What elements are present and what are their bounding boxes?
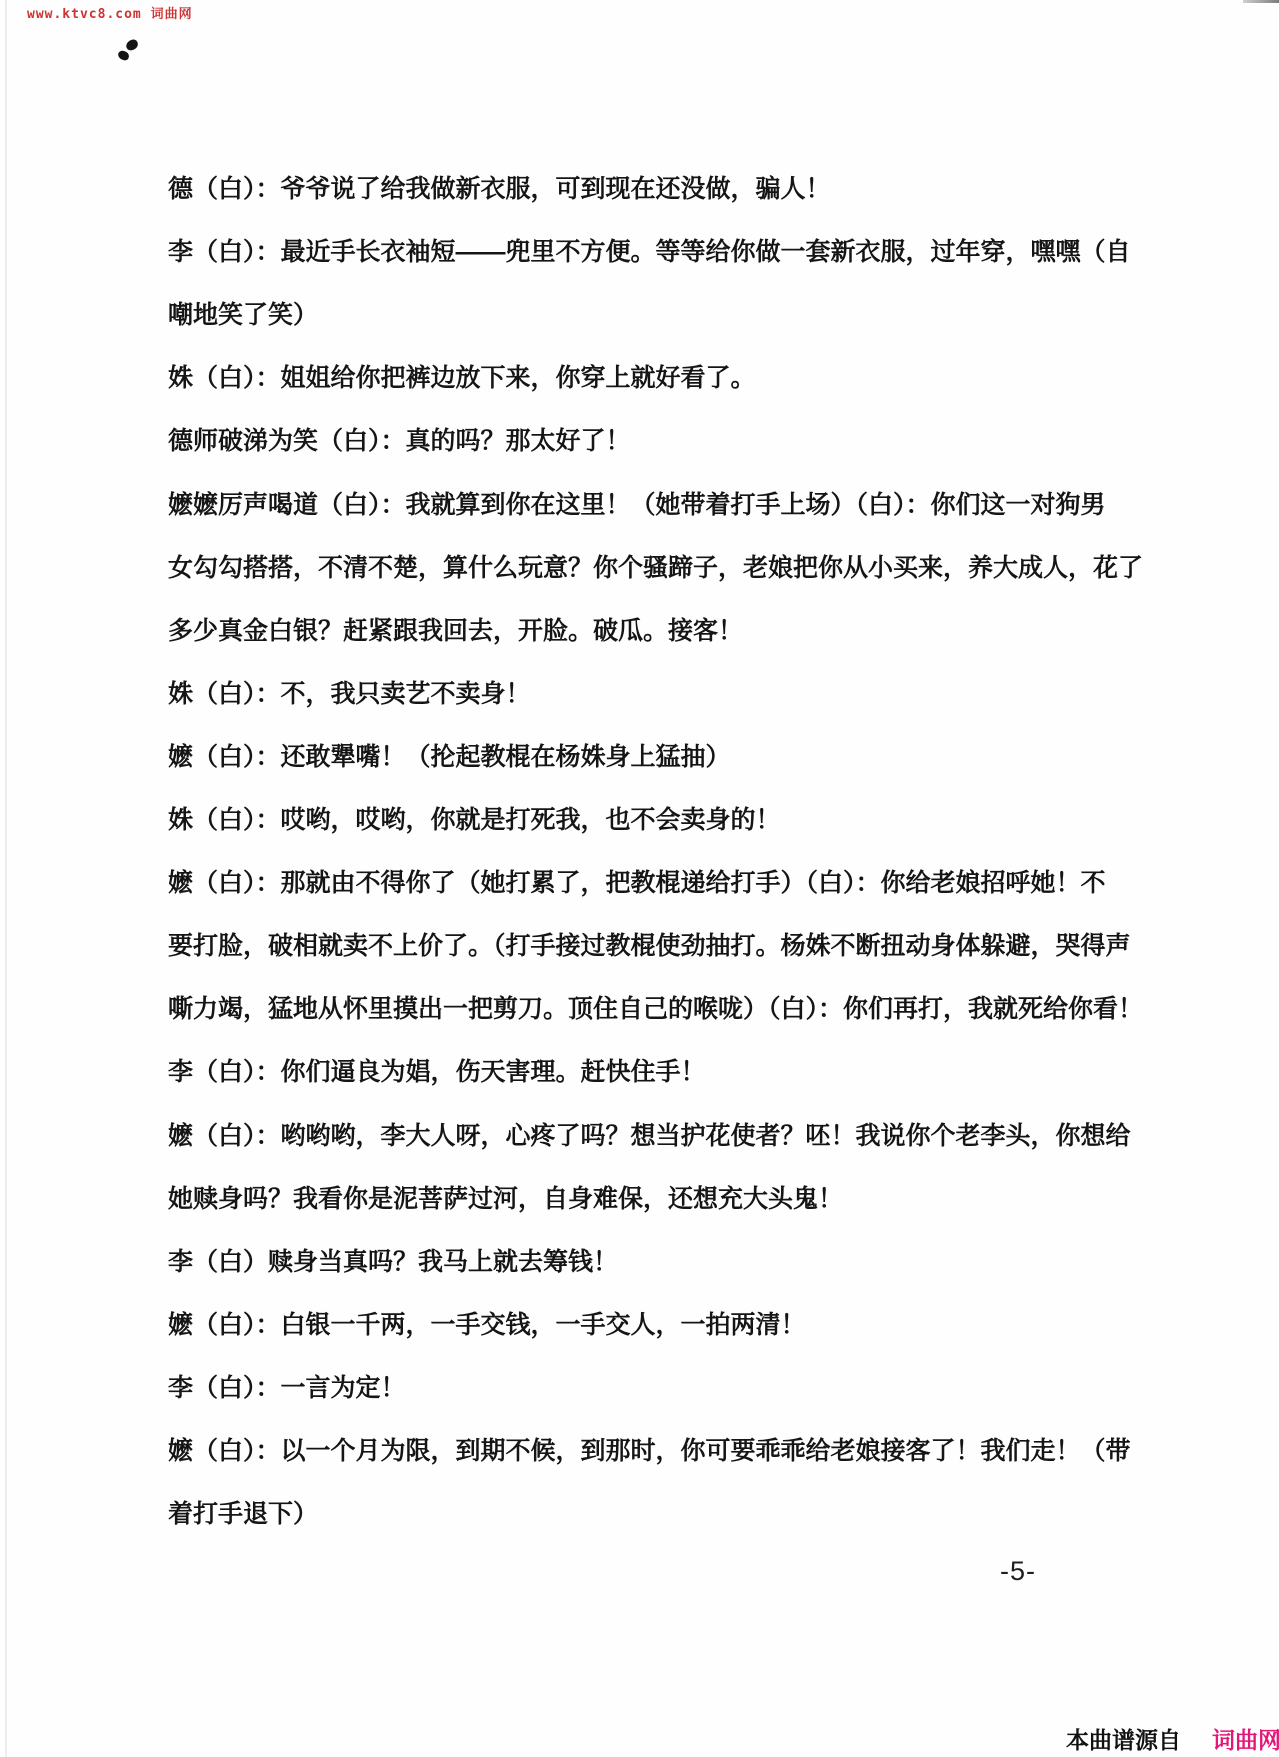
footer-site-name: 词曲网 (1212, 1722, 1279, 1755)
script-line: 嬷嬷厉声喝道（白）：我就算到你在这里！（她带着打手上场）（白）：你们这一对狗男 (168, 485, 1106, 521)
script-line: 嘲地笑了笑） (168, 295, 318, 331)
script-line: 嘶力竭，猛地从怀里摸出一把剪刀。顶住自己的喉咙）（白）：你们再打，我就死给你看！ (168, 989, 1143, 1025)
script-line: 她赎身吗？我看你是泥菩萨过河，自身难保，还想充大头鬼！ (168, 1179, 843, 1215)
script-line: 姝（白）：姐姐给你把裤边放下来，你穿上就好看了。 (168, 358, 756, 394)
script-line: 姝（白）：哎哟，哎哟，你就是打死我，也不会卖身的！ (168, 800, 781, 836)
script-line: 女勾勾搭搭，不清不楚，算什么玩意？你个骚蹄子，老娘把你从小买来，养大成人，花了 (168, 548, 1143, 584)
script-line: 着打手退下） (168, 1494, 318, 1530)
script-line: 多少真金白银？赶紧跟我回去，开脸。破瓜。接客！ (168, 611, 743, 647)
script-body: 德（白）：爷爷说了给我做新衣服，可到现在还没做，骗人！李（白）：最近手长衣袖短—… (0, 0, 1279, 1757)
script-line: 嬷（白）：白银一千两，一手交钱，一手交人，一拍两清！ (168, 1305, 806, 1341)
script-line: 李（白）赎身当真吗？我马上就去筹钱！ (168, 1242, 618, 1278)
script-line: 李（白）：你们逼良为娼，伤天害理。赶快住手！ (168, 1052, 706, 1088)
script-line: 李（白）：一言为定！ (168, 1368, 406, 1404)
script-line: 嬷（白）：那就由不得你了（她打累了，把教棍递给打手）（白）：你给老娘招呼她！不 (168, 863, 1106, 899)
script-line: 要打脸，破相就卖不上价了。（打手接过教棍使劲抽打。杨姝不断扭动身体躲避，哭得声 (168, 926, 1131, 962)
document-page: www.ktvc8.com 词曲网 德（白）：爷爷说了给我做新衣服，可到现在还没… (0, 0, 1279, 1757)
script-line: 嬷（白）：以一个月为限，到期不候，到那时，你可要乖乖给老娘接客了！我们走！（带 (168, 1431, 1131, 1467)
script-line: 姝（白）：不，我只卖艺不卖身！ (168, 674, 531, 710)
footer-source-text: 本曲谱源自 (1066, 1722, 1181, 1755)
script-line: 嬷（白）：哟哟哟，李大人呀，心疼了吗？想当护花使者？呸！我说你个老李头，你想给 (168, 1116, 1131, 1152)
script-line: 李（白）：最近手长衣袖短——兜里不方便。等等给你做一套新衣服，过年穿，嘿嘿（自 (168, 232, 1131, 268)
script-line: 德师破涕为笑（白）：真的吗？那太好了！ (168, 421, 631, 457)
script-line: 嬷（白）：还敢犟嘴！（抡起教棍在杨姝身上猛抽） (168, 737, 731, 773)
script-line: 德（白）：爷爷说了给我做新衣服，可到现在还没做，骗人！ (168, 169, 831, 205)
page-number: -5- (1000, 1556, 1036, 1587)
